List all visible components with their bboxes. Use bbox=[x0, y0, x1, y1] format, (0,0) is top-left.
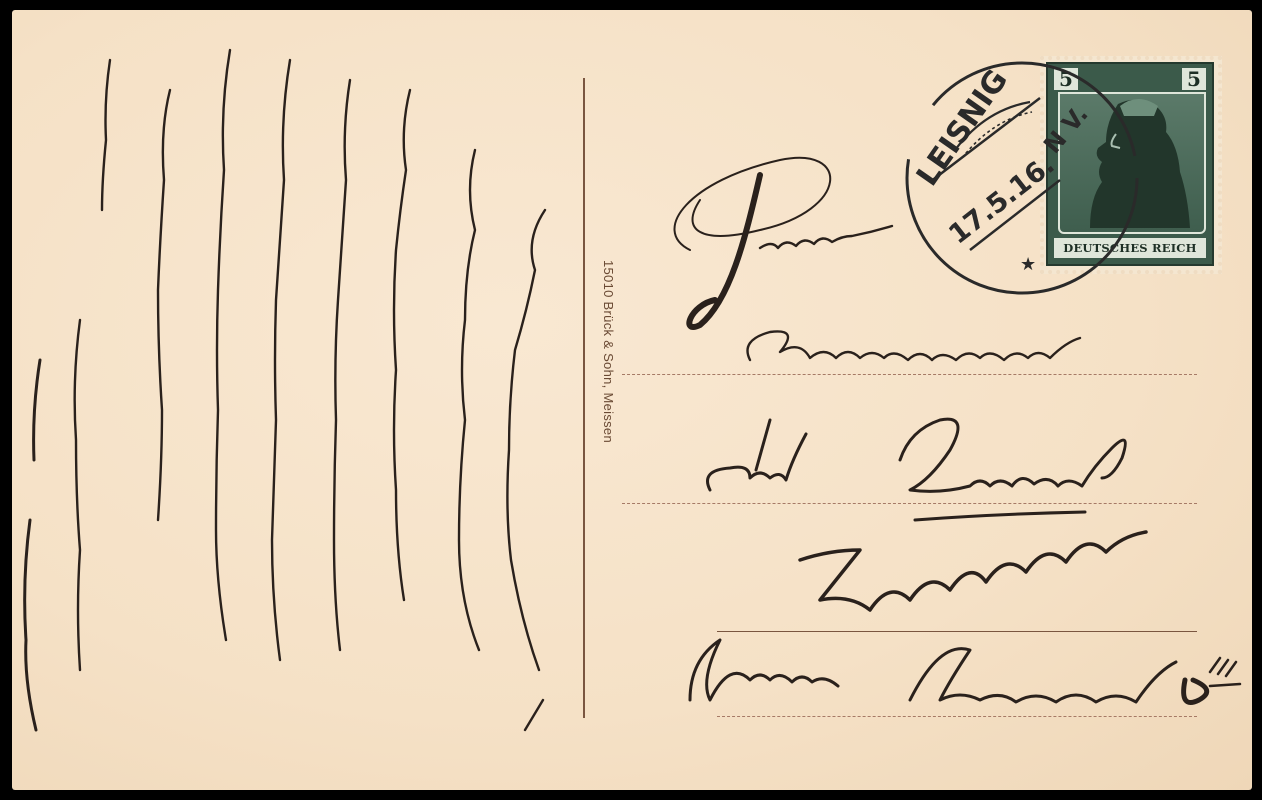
stamp-face: 5 5 DEUTSCHES REICH bbox=[1046, 62, 1214, 266]
stamp-country-legend: DEUTSCHES REICH bbox=[1054, 238, 1206, 258]
stamp-value-right: 5 bbox=[1182, 68, 1206, 90]
address-line-1 bbox=[622, 374, 1197, 375]
address-line-3 bbox=[717, 631, 1197, 632]
address-line-2 bbox=[622, 503, 1197, 504]
postage-stamp: 5 5 DEUTSCHES REICH bbox=[1040, 56, 1222, 274]
stamp-value-left: 5 bbox=[1054, 68, 1078, 90]
address-line-4 bbox=[717, 716, 1197, 717]
germania-portrait-icon bbox=[1058, 92, 1206, 234]
publisher-imprint: 15010 Brück & Sohn, Meissen bbox=[588, 260, 620, 560]
publisher-imprint-text: 15010 Brück & Sohn, Meissen bbox=[601, 260, 616, 443]
center-divider-line bbox=[583, 78, 585, 718]
